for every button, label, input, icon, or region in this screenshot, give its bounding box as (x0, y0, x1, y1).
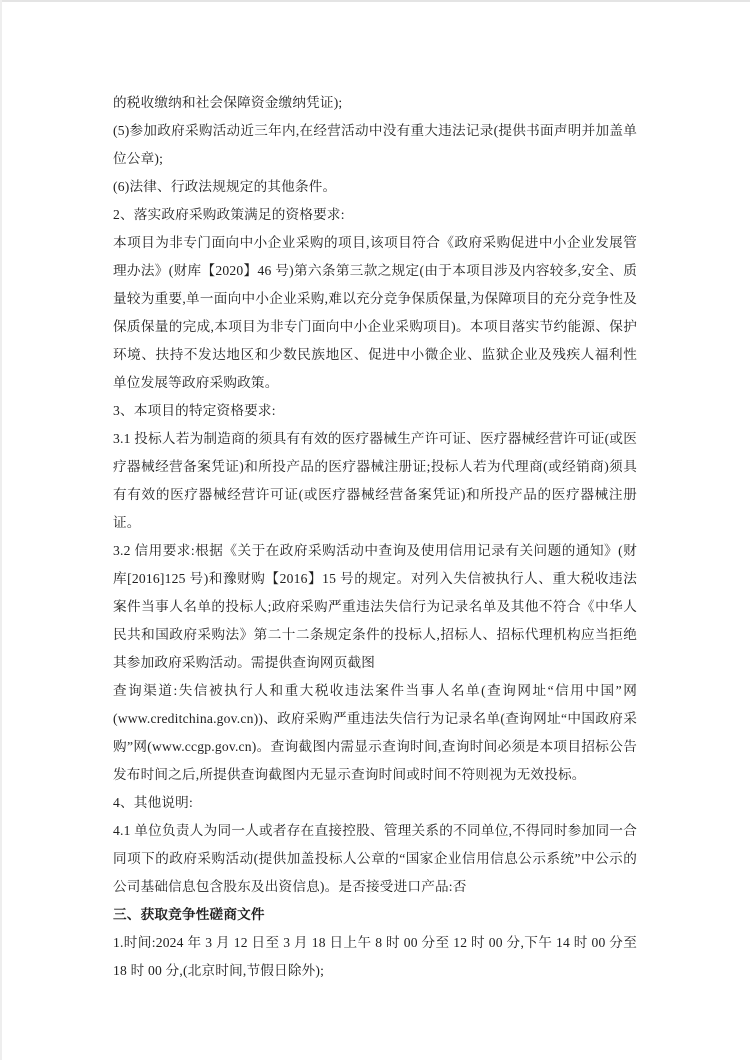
page-left-edge (0, 0, 2, 1060)
paragraph: 4、其他说明: (113, 789, 637, 817)
paragraph: 3.2 信用要求:根据《关于在政府采购活动中查询及使用信用记录有关问题的通知》(… (113, 537, 637, 677)
paragraph: 2、落实政府采购政策满足的资格要求: (113, 201, 637, 229)
paragraph: 本项目为非专门面向中小企业采购的项目,该项目符合《政府采购促进中小企业发展管理办… (113, 229, 637, 397)
paragraph: 3、本项目的特定资格要求: (113, 397, 637, 425)
paragraph: (6)法律、行政法规规定的其他条件。 (113, 173, 637, 201)
paragraph: 3.1 投标人若为制造商的须具有有效的医疗器械生产许可证、医疗器械经营许可证(或… (113, 425, 637, 537)
document-body: 的税收缴纳和社会保障资金缴纳凭证);(5)参加政府采购活动近三年内,在经营活动中… (113, 89, 637, 985)
page-top-edge (0, 0, 750, 2)
document-viewer-page: { "page": { "background": "#ffffff", "to… (0, 0, 750, 1060)
paragraph: 1.时间:2024 年 3 月 12 日至 3 月 18 日上午 8 时 00 … (113, 929, 637, 985)
paragraph: (5)参加政府采购活动近三年内,在经营活动中没有重大违法记录(提供书面声明并加盖… (113, 117, 637, 173)
paragraph: 的税收缴纳和社会保障资金缴纳凭证); (113, 89, 637, 117)
section-heading: 三、获取竞争性磋商文件 (113, 901, 637, 929)
paragraph: 查询渠道:失信被执行人和重大税收违法案件当事人名单(查询网址“信用中国”网(ww… (113, 677, 637, 789)
paragraph: 4.1 单位负责人为同一人或者存在直接控股、管理关系的不同单位,不得同时参加同一… (113, 817, 637, 901)
